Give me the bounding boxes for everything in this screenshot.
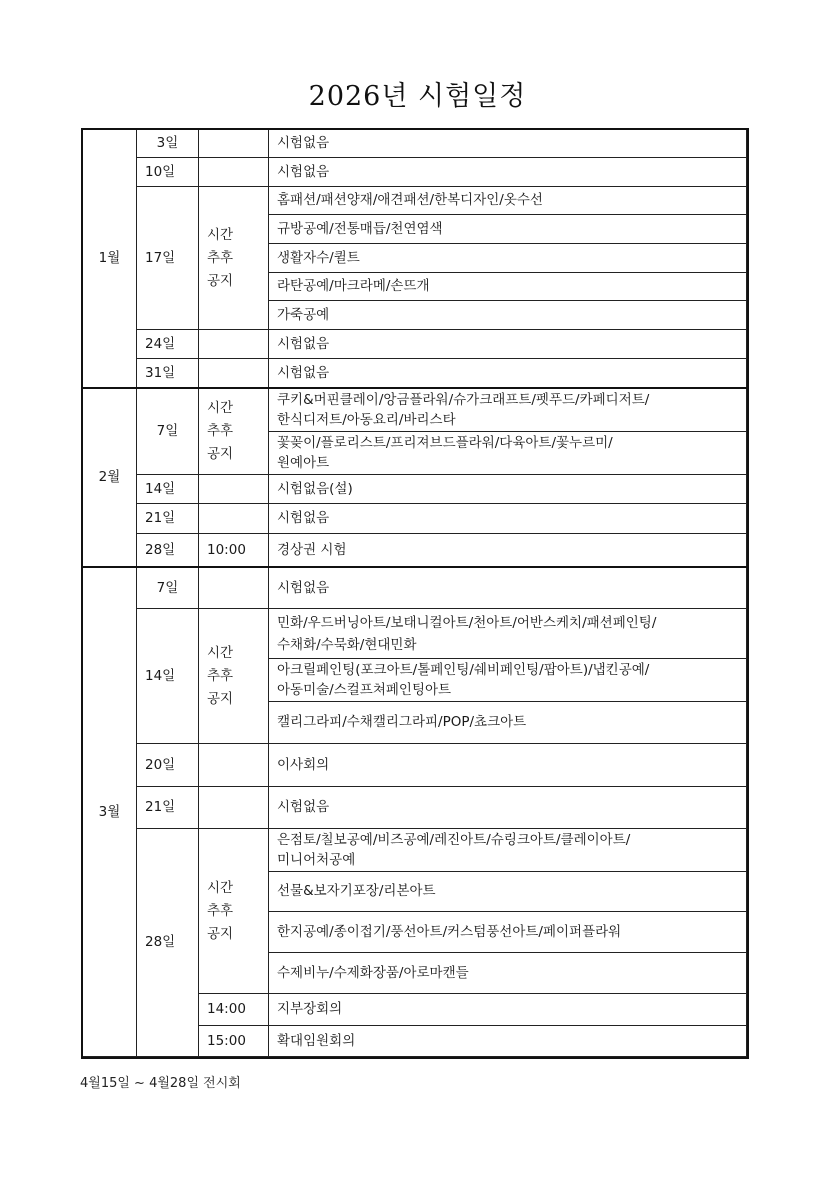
- time-tbd-line: 추후: [207, 247, 233, 270]
- subject-cell: 이사회의: [268, 743, 747, 787]
- day-cell: 7일: [136, 567, 199, 609]
- subject-cell: 가죽공예: [268, 300, 747, 330]
- subject-cell: 아크릴페인팅(포크아트/톨페인팅/쉐비페인팅/팝아트)/냅킨공예/ 아동미술/스…: [268, 658, 747, 702]
- day-cell: 28일: [136, 828, 199, 1057]
- month-cell-feb: 2월: [82, 388, 137, 567]
- subject-line: 수채화/수묵화/현대민화: [277, 634, 417, 656]
- subject-line: 원예아트: [277, 453, 329, 473]
- subject-line: 아크릴페인팅(포크아트/톨페인팅/쉐비페인팅/팝아트)/냅킨공예/: [277, 660, 649, 680]
- time-tbd-line: 시간: [207, 224, 233, 247]
- subject-line: 은점토/칠보공예/비즈공예/레진아트/슈링크아트/클레이아트/: [277, 830, 630, 850]
- time-cell: [198, 329, 269, 359]
- time-tbd-line: 추후: [207, 900, 233, 923]
- time-tbd-cell: 시간 추후 공지: [198, 828, 269, 994]
- subject-cell: 확대임원회의: [268, 1025, 747, 1057]
- subject-cell: 시험없음(설): [268, 474, 747, 504]
- subject-cell: 시험없음: [268, 503, 747, 534]
- time-cell: [198, 786, 269, 829]
- subject-line: 민화/우드버닝아트/보태니컬아트/천아트/어반스케치/패션페인팅/: [277, 612, 656, 634]
- time-tbd-line: 공지: [207, 923, 233, 946]
- schedule-table: 1월 3일 시험없음 10일 시험없음 17일 시간 추후 공지 홈패션/패션양…: [0, 0, 835, 1181]
- time-tbd-line: 시간: [207, 642, 233, 665]
- subject-cell: 선물&보자기포장/리본아트: [268, 871, 747, 912]
- time-tbd-cell: 시간 추후 공지: [198, 388, 269, 475]
- subject-cell: 지부장회의: [268, 993, 747, 1026]
- exhibition-note: 4월15일 ~ 4월28일 전시회: [80, 1072, 241, 1091]
- subject-line: 쿠키&머핀클레이/앙금플라워/슈가크래프트/펫푸드/카페디저트/: [277, 390, 649, 410]
- time-cell: 14:00: [198, 993, 269, 1026]
- month-cell-jan: 1월: [82, 129, 137, 388]
- subject-cell: 시험없음: [268, 129, 747, 158]
- subject-cell: 한지공예/종이접기/풍선아트/커스텀풍선아트/페이퍼플라워: [268, 911, 747, 953]
- subject-cell: 시험없음: [268, 358, 747, 388]
- time-tbd-line: 시간: [207, 877, 233, 900]
- subject-cell: 꽃꽂이/플로리스트/프리져브드플라워/다육아트/꽃누르미/ 원예아트: [268, 431, 747, 475]
- time-cell: [198, 157, 269, 187]
- day-cell: 21일: [136, 503, 199, 534]
- subject-cell: 민화/우드버닝아트/보태니컬아트/천아트/어반스케치/패션페인팅/ 수채화/수묵…: [268, 608, 747, 659]
- time-cell: 15:00: [198, 1025, 269, 1057]
- time-tbd-cell: 시간 추후 공지: [198, 608, 269, 744]
- subject-cell: 수제비누/수제화장품/아로마캔들: [268, 952, 747, 994]
- time-cell: [198, 503, 269, 534]
- day-cell: 20일: [136, 743, 199, 787]
- time-tbd-line: 추후: [207, 665, 233, 688]
- subject-cell: 은점토/칠보공예/비즈공예/레진아트/슈링크아트/클레이아트/ 미니어처공예: [268, 828, 747, 872]
- subject-line: 아동미술/스컬프쳐페인팅아트: [277, 680, 451, 700]
- day-cell: 7일: [136, 388, 199, 475]
- subject-cell: 시험없음: [268, 157, 747, 187]
- subject-cell: 쿠키&머핀클레이/앙금플라워/슈가크래프트/펫푸드/카페디저트/ 한식디저트/아…: [268, 388, 747, 432]
- time-tbd-line: 공지: [207, 270, 233, 293]
- subject-cell: 시험없음: [268, 567, 747, 609]
- time-cell: [198, 567, 269, 609]
- day-cell: 28일: [136, 533, 199, 567]
- day-cell: 21일: [136, 786, 199, 829]
- time-cell: [198, 474, 269, 504]
- time-cell: [198, 743, 269, 787]
- subject-cell: 홈패션/패션양재/애견패션/한복디자인/옷수선: [268, 186, 747, 215]
- day-cell: 10일: [136, 157, 199, 187]
- day-cell: 31일: [136, 358, 199, 388]
- time-tbd-cell: 시간 추후 공지: [198, 186, 269, 330]
- day-cell: 14일: [136, 608, 199, 744]
- subject-line: 한식디저트/아동요리/바리스타: [277, 410, 456, 430]
- subject-cell: 시험없음: [268, 329, 747, 359]
- subject-cell: 규방공예/전통매듭/천연염색: [268, 214, 747, 244]
- time-tbd-line: 추후: [207, 420, 233, 443]
- month-cell-mar: 3월: [82, 567, 137, 1057]
- time-tbd-line: 공지: [207, 443, 233, 466]
- day-cell: 3일: [136, 129, 199, 158]
- subject-cell: 캘리그라피/수채캘리그라피/POP/쵸크아트: [268, 701, 747, 744]
- subject-line: 꽃꽂이/플로리스트/프리져브드플라워/다육아트/꽃누르미/: [277, 433, 613, 453]
- subject-cell: 시험없음: [268, 786, 747, 829]
- day-cell: 24일: [136, 329, 199, 359]
- time-cell: 10:00: [198, 533, 269, 567]
- subject-cell: 라탄공예/마크라메/손뜨개: [268, 272, 747, 301]
- time-tbd-line: 시간: [207, 397, 233, 420]
- time-tbd-line: 공지: [207, 688, 233, 711]
- day-cell: 17일: [136, 186, 199, 330]
- time-cell: [198, 358, 269, 388]
- subject-cell: 생활자수/퀼트: [268, 243, 747, 273]
- subject-line: 미니어처공예: [277, 850, 355, 870]
- day-cell: 14일: [136, 474, 199, 504]
- subject-cell: 경상권 시험: [268, 533, 747, 567]
- time-cell: [198, 129, 269, 158]
